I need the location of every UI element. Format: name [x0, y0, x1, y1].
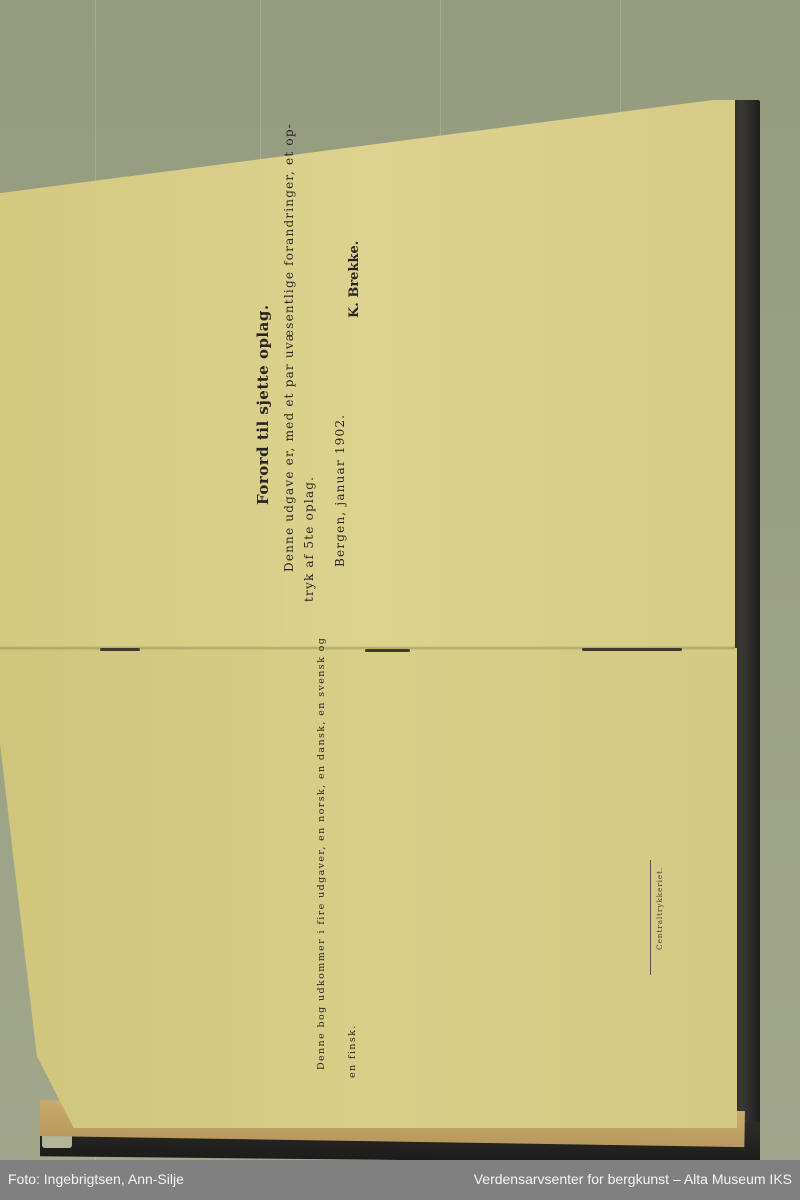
caption-bar: Foto: Ingebrigtsen, Ann-Silje Verdensarv… [0, 1160, 800, 1200]
lower-page [0, 648, 737, 1128]
edition-note-line: en finsk. [347, 1024, 358, 1078]
printer-name: Centraltrykkeriet. [655, 867, 664, 950]
preface-line: Denne udgave er, med et par uvæsentlige … [282, 123, 296, 572]
edition-note-line: Denne bog udkommer i fire udgaver, en no… [316, 637, 327, 1070]
upper-page [0, 100, 735, 648]
institution-credit: Verdensarvsenter for bergkunst – Alta Mu… [474, 1171, 792, 1187]
photo-credit: Foto: Ingebrigtsen, Ann-Silje [8, 1171, 184, 1187]
preface-heading: Forord til sjette oplag. [254, 304, 272, 505]
place-date: Bergen, januar 1902. [333, 414, 347, 567]
photo-scene: Forord til sjette oplag. Denne udgave er… [0, 0, 800, 1160]
binding-stitch [365, 649, 410, 652]
binding-stitch [100, 648, 140, 651]
printer-rule [650, 860, 651, 975]
binding-stitch [582, 648, 682, 651]
preface-line: tryk af 5te oplag. [302, 476, 316, 602]
signature: K. Brekke. [347, 241, 362, 318]
